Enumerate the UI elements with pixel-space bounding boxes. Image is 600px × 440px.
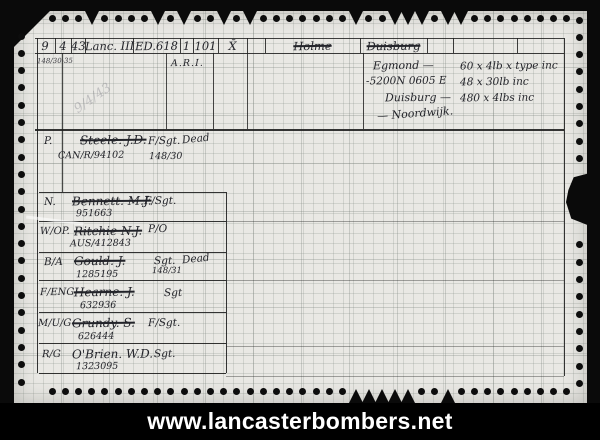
crew-rank: F/Sgt. bbox=[144, 195, 176, 207]
table-line bbox=[226, 376, 564, 377]
route-line: Egmond — bbox=[373, 59, 434, 73]
punch-hole bbox=[299, 15, 306, 22]
punch-hole bbox=[576, 259, 583, 266]
table-line bbox=[226, 192, 227, 373]
punch-hole bbox=[260, 15, 267, 22]
punch-hole bbox=[62, 388, 69, 395]
punch-hole bbox=[497, 15, 504, 22]
punch-hole bbox=[18, 136, 25, 143]
punch-hole bbox=[576, 293, 583, 300]
punch-hole bbox=[576, 276, 583, 283]
record-card: 9 4 43 Lanc. III ED.618 1 101 X̄ Holme D… bbox=[14, 11, 587, 403]
punch-hole bbox=[49, 388, 56, 395]
bomb-load-line: 48 x 30lb inc bbox=[460, 76, 529, 89]
punch-hole bbox=[207, 388, 214, 395]
punch-hole bbox=[18, 171, 25, 178]
header-squadron: 101 bbox=[193, 39, 218, 54]
punch-hole bbox=[550, 15, 557, 22]
punch-hole bbox=[18, 327, 25, 334]
table-line bbox=[564, 38, 565, 376]
crew-rank: P/O bbox=[148, 223, 167, 235]
punch-hole bbox=[326, 15, 333, 22]
crew-name: Steele. J.D. bbox=[80, 133, 147, 148]
punch-notch bbox=[151, 11, 165, 25]
punch-hole bbox=[286, 388, 293, 395]
punch-hole bbox=[18, 50, 25, 57]
punch-hole bbox=[576, 68, 583, 75]
punch-hole bbox=[550, 388, 557, 395]
table-line bbox=[213, 53, 214, 129]
punch-hole bbox=[18, 240, 25, 247]
punch-notch bbox=[441, 11, 455, 25]
punch-hole bbox=[563, 15, 570, 22]
table-line bbox=[39, 280, 226, 281]
header-symbol: X̄ bbox=[218, 39, 247, 54]
punch-hole bbox=[18, 119, 25, 126]
crew-name: Hearne. J. bbox=[74, 285, 135, 300]
punch-hole bbox=[115, 15, 122, 22]
punch-hole bbox=[576, 311, 583, 318]
crew-name: Grundy. S. bbox=[72, 316, 135, 331]
punch-hole bbox=[576, 51, 583, 58]
punch-hole bbox=[194, 15, 201, 22]
punch-notch bbox=[415, 11, 429, 25]
crew-name: Gould. J. bbox=[74, 254, 126, 269]
header-date-year: 43 bbox=[71, 39, 85, 54]
crew-rank: F/Sgt. bbox=[148, 317, 180, 329]
punch-hole bbox=[484, 15, 491, 22]
punch-hole bbox=[431, 388, 438, 395]
punch-hole bbox=[101, 15, 108, 22]
header-duty-number: 1 bbox=[180, 39, 193, 54]
punch-hole bbox=[18, 84, 25, 91]
punch-hole bbox=[75, 388, 82, 395]
punch-hole bbox=[233, 388, 240, 395]
punch-hole bbox=[167, 15, 174, 22]
punch-hole bbox=[18, 275, 25, 282]
punch-hole bbox=[18, 33, 25, 40]
punch-notch bbox=[349, 11, 363, 25]
punch-notch bbox=[177, 11, 191, 25]
punch-hole bbox=[62, 15, 69, 22]
punch-hole bbox=[18, 206, 25, 213]
punch-notch bbox=[217, 11, 231, 25]
punch-hole bbox=[128, 388, 135, 395]
punch-hole bbox=[141, 388, 148, 395]
punch-hole bbox=[379, 15, 386, 22]
punch-hole bbox=[286, 15, 293, 22]
punch-hole bbox=[339, 388, 346, 395]
punch-hole bbox=[576, 138, 583, 145]
punch-hole bbox=[537, 15, 544, 22]
report-ref: 148/30-35 bbox=[37, 57, 73, 65]
crew-serial: CAN/R/94102 bbox=[58, 150, 124, 162]
crew-rank: Sgt. bbox=[154, 348, 176, 360]
punch-hole bbox=[115, 388, 122, 395]
punch-hole bbox=[576, 328, 583, 335]
punch-notch bbox=[362, 389, 376, 403]
crew-name: Bennett. M.J. bbox=[72, 194, 152, 209]
punch-hole bbox=[484, 388, 491, 395]
punch-hole bbox=[88, 388, 95, 395]
crew-role: M/U/G bbox=[38, 318, 72, 329]
punch-hole bbox=[220, 388, 227, 395]
punch-hole bbox=[576, 241, 583, 248]
punch-hole bbox=[233, 15, 240, 22]
punch-hole bbox=[18, 102, 25, 109]
punch-hole bbox=[273, 388, 280, 395]
crew-role: B/A bbox=[44, 256, 63, 268]
punch-hole bbox=[141, 15, 148, 22]
table-line bbox=[427, 38, 428, 53]
crew-serial: 1285195 bbox=[76, 269, 118, 280]
punch-hole bbox=[576, 86, 583, 93]
punch-hole bbox=[576, 103, 583, 110]
punch-notch bbox=[441, 389, 455, 403]
crew-serial: 632936 bbox=[80, 300, 116, 311]
punch-hole bbox=[101, 388, 108, 395]
header-aircraft-serial: ED.618 bbox=[133, 39, 180, 54]
punch-notch bbox=[243, 11, 257, 25]
punch-hole bbox=[576, 34, 583, 41]
punch-notch bbox=[388, 11, 402, 25]
punch-hole bbox=[471, 388, 478, 395]
crew-name: Ritchie N.J. bbox=[74, 224, 142, 239]
table-line bbox=[247, 38, 248, 53]
crew-serial: AUS/412843 bbox=[70, 238, 131, 250]
crew-serial: 1323095 bbox=[76, 361, 118, 372]
punch-hole bbox=[207, 15, 214, 22]
punch-notch bbox=[454, 11, 468, 25]
table-line bbox=[226, 346, 564, 347]
punch-hole bbox=[313, 15, 320, 22]
table-line bbox=[39, 312, 226, 313]
scanned-record-card-image: 9 4 43 Lanc. III ED.618 1 101 X̄ Holme D… bbox=[0, 0, 600, 440]
punch-hole bbox=[247, 388, 254, 395]
punch-hole bbox=[524, 388, 531, 395]
table-line bbox=[247, 53, 248, 129]
crew-serial: 951663 bbox=[76, 208, 112, 219]
punch-hole bbox=[313, 388, 320, 395]
punch-hole bbox=[194, 388, 201, 395]
table-line bbox=[166, 53, 167, 129]
punch-hole bbox=[576, 363, 583, 370]
crew-role: R/G bbox=[42, 349, 61, 360]
punch-hole bbox=[128, 15, 135, 22]
punch-hole bbox=[576, 155, 583, 162]
header-aircraft-type: Lanc. III bbox=[85, 39, 133, 55]
punch-hole bbox=[18, 223, 25, 230]
punch-hole bbox=[537, 388, 544, 395]
punch-hole bbox=[49, 15, 56, 22]
crew-note: 148/30 bbox=[149, 151, 183, 162]
punch-hole bbox=[273, 15, 280, 22]
bomb-load-line: 60 x 4lb x type inc bbox=[460, 59, 558, 72]
table-line bbox=[363, 53, 364, 129]
punch-hole bbox=[18, 361, 25, 368]
punch-notch bbox=[375, 389, 389, 403]
header-target: Duisburg bbox=[360, 39, 427, 55]
website-url-text: www.lancasterbombers.net bbox=[147, 408, 452, 435]
header-base: Holme bbox=[265, 39, 360, 55]
punch-hole bbox=[339, 15, 346, 22]
crew-rank: Sgt bbox=[164, 287, 182, 299]
header-date-month: 4 bbox=[55, 39, 71, 54]
punch-hole bbox=[497, 388, 504, 395]
route-line: Duisburg — bbox=[385, 91, 451, 105]
punch-hole bbox=[576, 17, 583, 24]
punch-hole bbox=[471, 15, 478, 22]
punch-hole bbox=[511, 388, 518, 395]
table-line bbox=[226, 221, 564, 222]
punch-hole bbox=[260, 388, 267, 395]
table-line bbox=[39, 373, 226, 374]
crew-name: O'Brien. W.D. bbox=[72, 347, 153, 362]
punch-hole bbox=[167, 388, 174, 395]
punch-hole bbox=[576, 380, 583, 387]
table-line bbox=[226, 280, 564, 281]
punch-hole bbox=[18, 67, 25, 74]
punch-hole bbox=[181, 388, 188, 395]
punch-hole bbox=[18, 188, 25, 195]
punch-notch bbox=[349, 389, 363, 403]
punch-hole bbox=[418, 388, 425, 395]
crew-note: 148/31 bbox=[152, 266, 182, 276]
crew-role: N. bbox=[44, 196, 56, 208]
punch-hole bbox=[18, 344, 25, 351]
crew-role: W/OP. bbox=[40, 226, 70, 237]
route-line: -5200N 0605 E bbox=[366, 75, 447, 88]
punch-notch bbox=[401, 11, 415, 25]
website-watermark-bar: www.lancasterbombers.net bbox=[0, 403, 600, 440]
punch-hole bbox=[511, 15, 518, 22]
punch-hole bbox=[576, 345, 583, 352]
punch-hole bbox=[18, 154, 25, 161]
table-line bbox=[35, 129, 564, 131]
punch-hole bbox=[18, 257, 25, 264]
punch-hole bbox=[18, 309, 25, 316]
punch-hole bbox=[326, 388, 333, 395]
punch-notch bbox=[388, 389, 402, 403]
punch-hole bbox=[576, 120, 583, 127]
table-line bbox=[39, 343, 226, 344]
crew-role: P. bbox=[44, 135, 52, 147]
punch-hole bbox=[563, 388, 570, 395]
punch-hole bbox=[154, 388, 161, 395]
punch-notch bbox=[401, 389, 415, 403]
punch-hole bbox=[18, 292, 25, 299]
punch-hole bbox=[299, 388, 306, 395]
crew-serial: 626444 bbox=[78, 331, 114, 342]
table-line bbox=[517, 38, 518, 53]
punch-hole bbox=[365, 15, 372, 22]
punch-notch bbox=[85, 11, 99, 25]
header-date-day: 9 bbox=[35, 39, 55, 54]
equipment-note: A.R.I. bbox=[171, 58, 204, 69]
crew-rank: F/Sgt. bbox=[148, 135, 180, 147]
punch-hole bbox=[75, 15, 82, 22]
punch-hole bbox=[18, 379, 25, 386]
punch-hole bbox=[431, 15, 438, 22]
punch-hole bbox=[458, 388, 465, 395]
table-line bbox=[453, 38, 454, 53]
bomb-load-line: 480 x 4lbs inc bbox=[460, 92, 534, 105]
punch-hole bbox=[524, 15, 531, 22]
crew-role: F/ENG bbox=[40, 287, 74, 298]
